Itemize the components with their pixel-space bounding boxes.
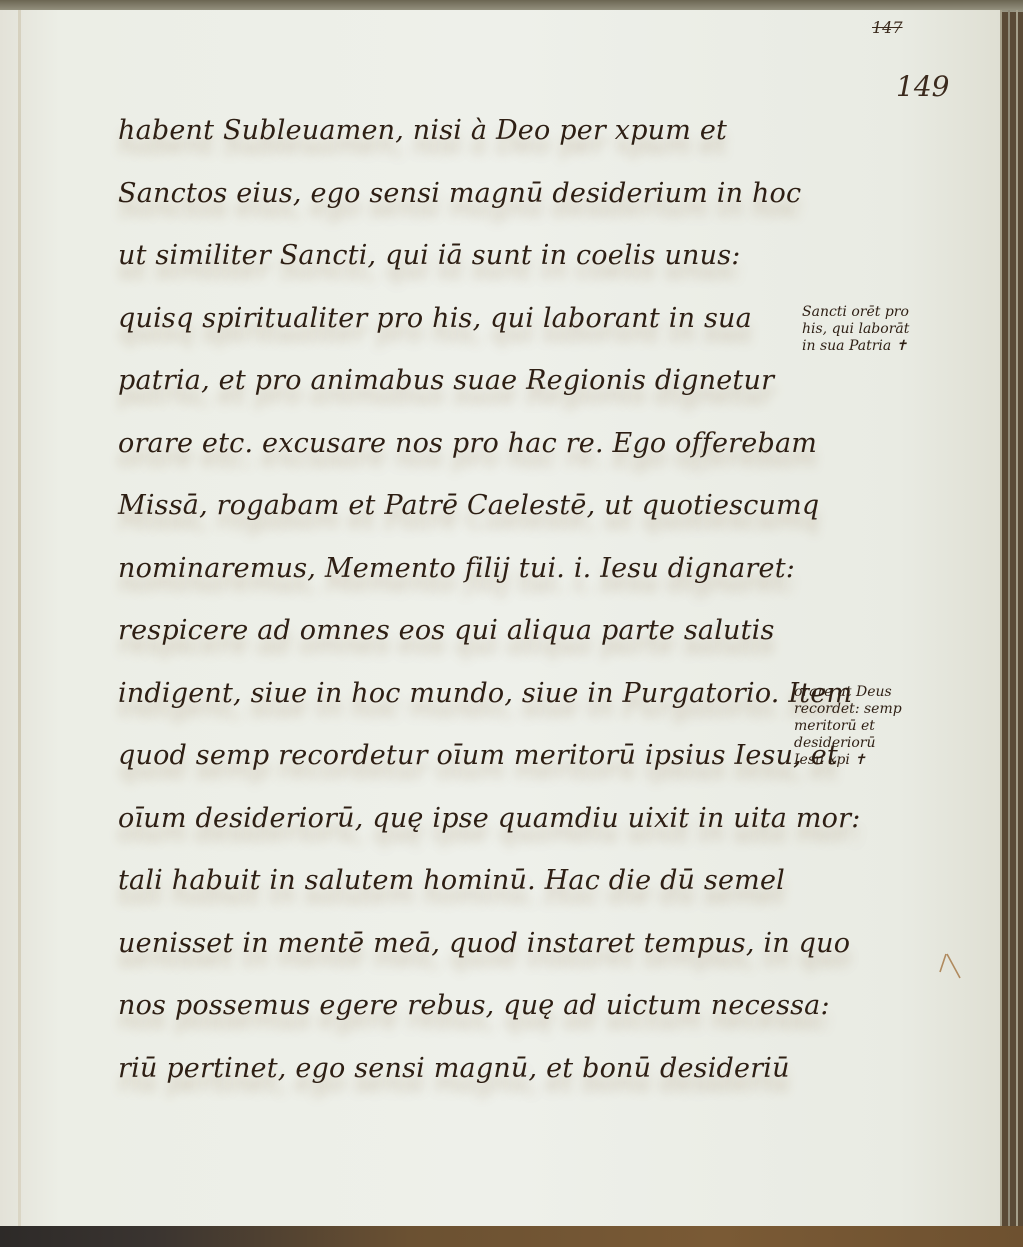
marginal-note: Sancti orēt pro his, qui laborāt in sua …: [802, 304, 909, 355]
text-line: Sanctos eius, ego sensi magnū desiderium…: [118, 163, 798, 226]
text-line: indigent, siue in hoc mundo, siue in Pur…: [118, 663, 798, 726]
marginal-note-line: meritorū et: [794, 718, 902, 735]
marginal-note-line: desideriorū: [794, 735, 902, 752]
page-stack-edge: [1000, 10, 1002, 1234]
text-line: oīum desideriorū, quę ipse quamdiu uixit…: [118, 788, 798, 851]
marginal-note-line: his, qui laborāt: [802, 321, 909, 338]
text-line: habent Subleuamen, nisi à Deo per xpum e…: [118, 100, 798, 163]
marginal-note-line: in sua Patria ✝: [802, 338, 909, 355]
text-line: tali habuit in salutem hominū. Hac die d…: [118, 850, 798, 913]
marginal-note: orare ut Deus recordet: semp meritorū et…: [794, 684, 902, 769]
marginal-note-line: Sancti orēt pro: [802, 304, 909, 321]
text-line: orare etc. excusare nos pro hac re. Ego …: [118, 413, 798, 476]
text-line: riū pertinet, ego sensi magnū, et bonū d…: [118, 1038, 798, 1101]
marginal-note-line: recordet: semp: [794, 701, 902, 718]
folio-number: 149: [896, 70, 949, 103]
text-line: nos possemus egere rebus, quę ad uictum …: [118, 975, 798, 1038]
text-line: nominaremus, Memento filij tui. i. Iesu …: [118, 538, 798, 601]
main-text-block: habent Subleuamen, nisi à Deo per xpum e…: [118, 100, 798, 1100]
marginal-note-line: Iesu xpi ✝: [794, 752, 902, 769]
marginal-note-line: orare ut Deus: [794, 684, 902, 701]
page-stack-edge: [1016, 10, 1018, 1234]
book-bottom-edge: [0, 1226, 1023, 1247]
text-line: quod semp recordetur oīum meritorū ipsiu…: [118, 725, 798, 788]
text-line: ut similiter Sancti, qui iā sunt in coel…: [118, 225, 798, 288]
text-line: respicere ad omnes eos qui aliqua parte …: [118, 600, 798, 663]
text-line: Missā, rogabam et Patrē Caelestē, ut quo…: [118, 475, 798, 538]
page-stack-edge: [1008, 10, 1010, 1234]
old-folio-number: 147: [872, 18, 903, 37]
text-line: patria, et pro animabus suae Regionis di…: [118, 350, 798, 413]
page-gutter: [18, 10, 21, 1234]
text-line: uenisset in mentē meā, quod instaret tem…: [118, 913, 798, 976]
text-line: quisq spiritualiter pro his, qui laboran…: [118, 288, 798, 351]
pencil-caret-mark-icon: [938, 950, 962, 980]
